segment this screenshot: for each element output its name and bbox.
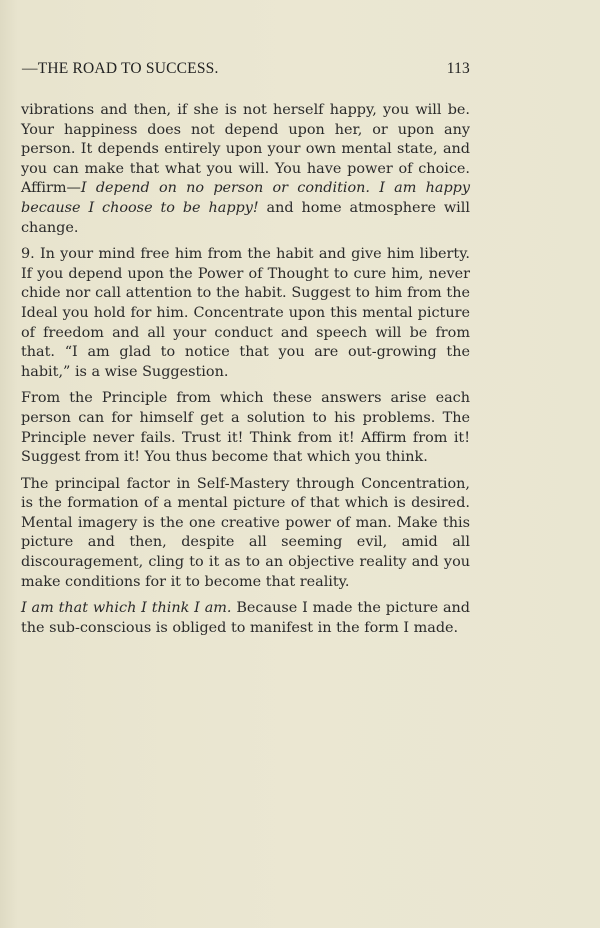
paragraph-i-am: I am that which I think I am. Because I … [21, 599, 470, 638]
italic-affirmation: I am that which I think I am. [21, 600, 232, 616]
text-segment: From the Principle from which these answ… [21, 390, 470, 465]
book-page: —THE ROAD TO SUCCESS. 113 vibrations and… [0, 0, 600, 928]
body-text: vibrations and then, if she is not herse… [21, 101, 470, 645]
page-number: 113 [447, 60, 470, 78]
text-segment: The principal factor in Self-Mastery thr… [21, 476, 470, 590]
paragraph-item-9: 9. In your mind free him from the habit … [21, 245, 470, 382]
text-segment: 9. In your mind free him from the habit … [21, 246, 470, 380]
running-title: —THE ROAD TO SUCCESS. [22, 60, 219, 78]
paragraph-self-mastery: The principal factor in Self-Mastery thr… [21, 475, 470, 593]
paragraph-happiness: vibrations and then, if she is not herse… [21, 101, 470, 238]
paragraph-principle: From the Principle from which these answ… [21, 389, 470, 467]
